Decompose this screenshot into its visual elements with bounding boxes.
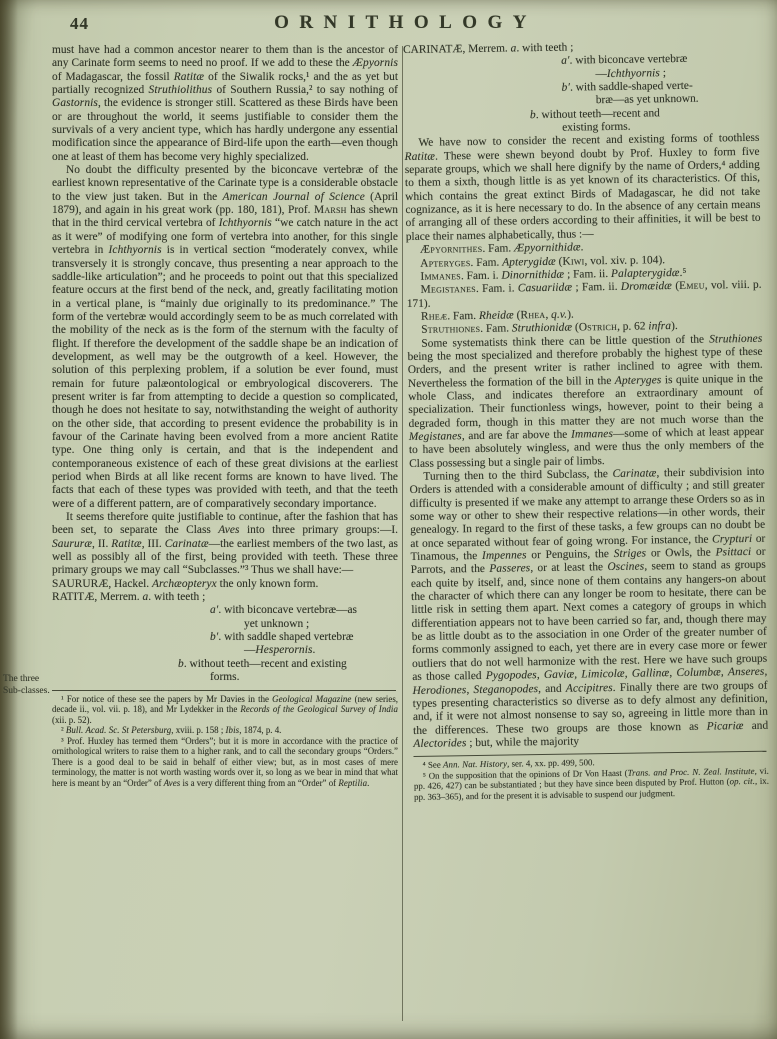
- classification-line: a′. with biconcave vertebræ—as: [52, 604, 398, 617]
- classification-line: b. without teeth—recent and existing: [52, 658, 398, 671]
- left-column: must have had a common ancestor nearer t…: [52, 44, 398, 1033]
- classification-line: SAURURÆ, Hackel. Archæopteryx the only k…: [52, 578, 398, 591]
- right-classification-list: CARINATÆ, Merrem. a. with teeth ;a′. wit…: [403, 39, 759, 138]
- right-footnotes: ⁴ See Ann. Nat. History, ser. 4, xx. pp.…: [414, 751, 770, 802]
- right-footnote-list: ⁴ See Ann. Nat. History, ser. 4, xx. pp.…: [414, 755, 770, 802]
- paragraph: must have had a common ancestor nearer t…: [52, 44, 398, 164]
- page-header: 44 ORNITHOLOGY: [52, 12, 759, 38]
- page-binding-shadow: [0, 0, 18, 1039]
- right-column-text-block: CARINATÆ, Merrem. a. with teeth ;a′. wit…: [403, 39, 769, 802]
- classification-line: yet unknown ;: [52, 618, 398, 631]
- paragraph: Some systematists think there can be lit…: [407, 332, 764, 471]
- right-column: CARINATÆ, Merrem. a. with teeth ;a′. wit…: [408, 44, 763, 1033]
- paragraph: No doubt the difficulty presented by the…: [52, 164, 398, 511]
- left-classification-list: SAURURÆ, Hackel. Archæopteryx the only k…: [52, 578, 398, 685]
- classification-line: RATITÆ, Merrem. a. with teeth ;: [52, 591, 398, 604]
- footnote: ¹ For notice of these see the papers by …: [52, 694, 398, 726]
- paragraph: Turning then to the third Subclass, the …: [409, 466, 768, 751]
- page-content: must have had a common ancestor nearer t…: [52, 44, 763, 1033]
- right-paragraphs-bottom: Some systematists think there can be lit…: [407, 332, 768, 751]
- paragraph: It seems therefore quite justifiable to …: [52, 511, 398, 578]
- classification-line: —Hesperornis.: [52, 644, 398, 657]
- column-divider-rule: [402, 46, 403, 1021]
- footnote: ² Bull. Acad. Sc. St Petersburg, xviii. …: [52, 725, 398, 736]
- left-footnotes: ¹ For notice of these see the papers by …: [52, 690, 398, 789]
- footnote: ⁵ On the supposition that the opinions o…: [414, 765, 769, 802]
- page-title: ORNITHOLOGY: [52, 12, 759, 34]
- footnote-separator-rule: [52, 690, 396, 691]
- classification-line: b′. with saddle shaped vertebræ: [52, 631, 398, 644]
- paragraph: We have now to consider the recent and e…: [404, 132, 761, 244]
- book-page: 44 ORNITHOLOGY The three Sub-classes. mu…: [0, 0, 777, 1039]
- orders-list: Æpyornithes. Fam. Æpyornithidæ.Apteryges…: [406, 239, 762, 338]
- left-footnote-list: ¹ For notice of these see the papers by …: [52, 694, 398, 789]
- margin-note: The three Sub-classes.: [3, 674, 53, 697]
- classification-line: forms.: [52, 671, 398, 684]
- right-paragraphs-top: We have now to consider the recent and e…: [404, 132, 761, 244]
- page-number: 44: [70, 14, 89, 34]
- left-paragraphs: must have had a common ancestor nearer t…: [52, 44, 398, 578]
- footnote: ³ Prof. Huxley has termed them “Orders”;…: [52, 736, 398, 789]
